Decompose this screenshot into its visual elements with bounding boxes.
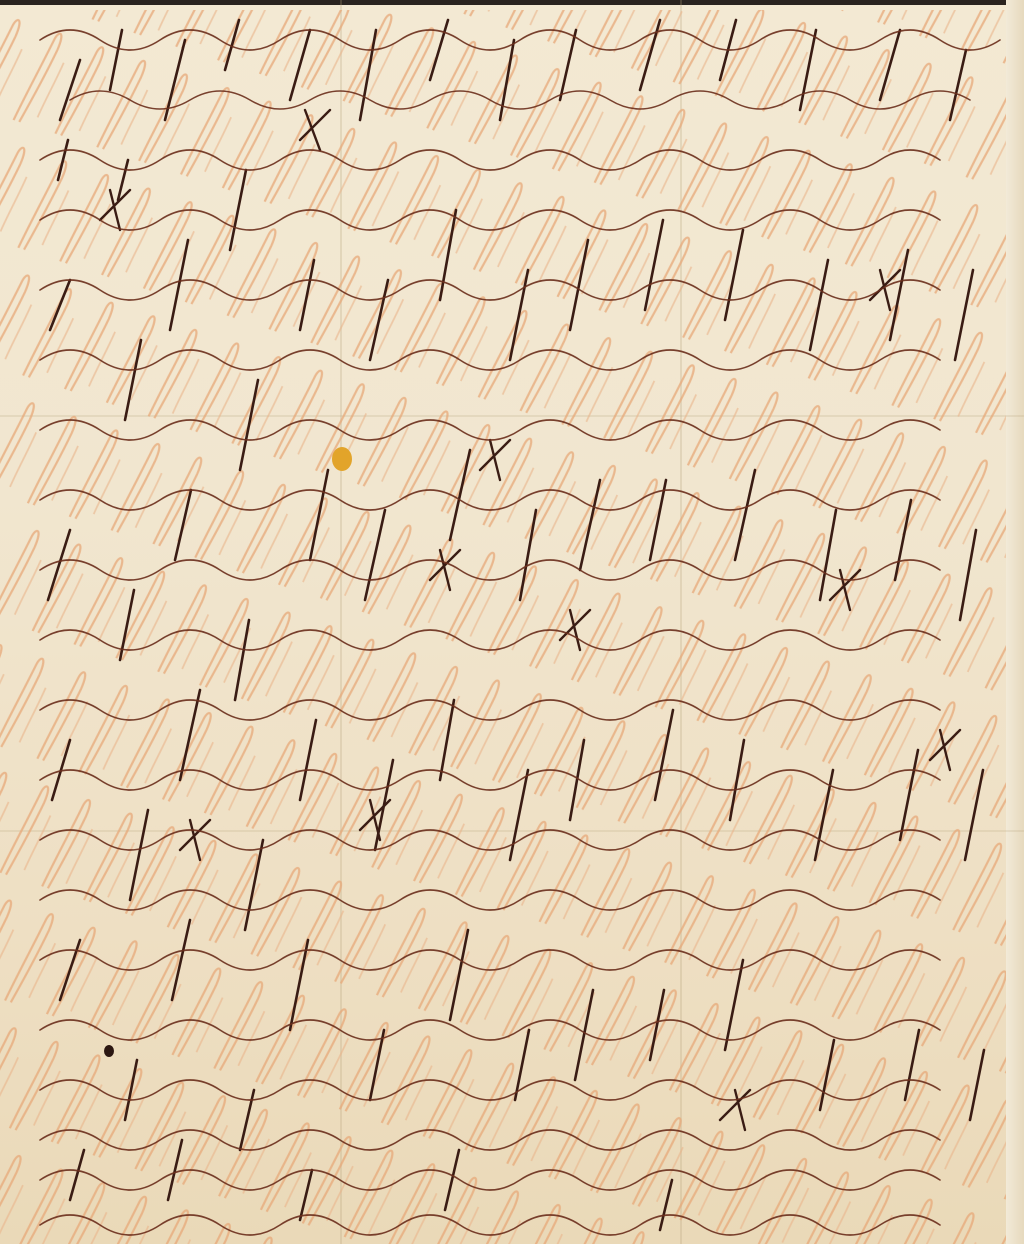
ink-blot xyxy=(104,1045,114,1057)
horizontal-script-layer xyxy=(0,0,1024,1244)
handwritten-letter-scan: My Dear ... kate 11.4 friends have depar… xyxy=(0,0,1024,1244)
closing-line-text: friends have departed xyxy=(0,0,11,1)
ink-stain xyxy=(332,447,352,471)
